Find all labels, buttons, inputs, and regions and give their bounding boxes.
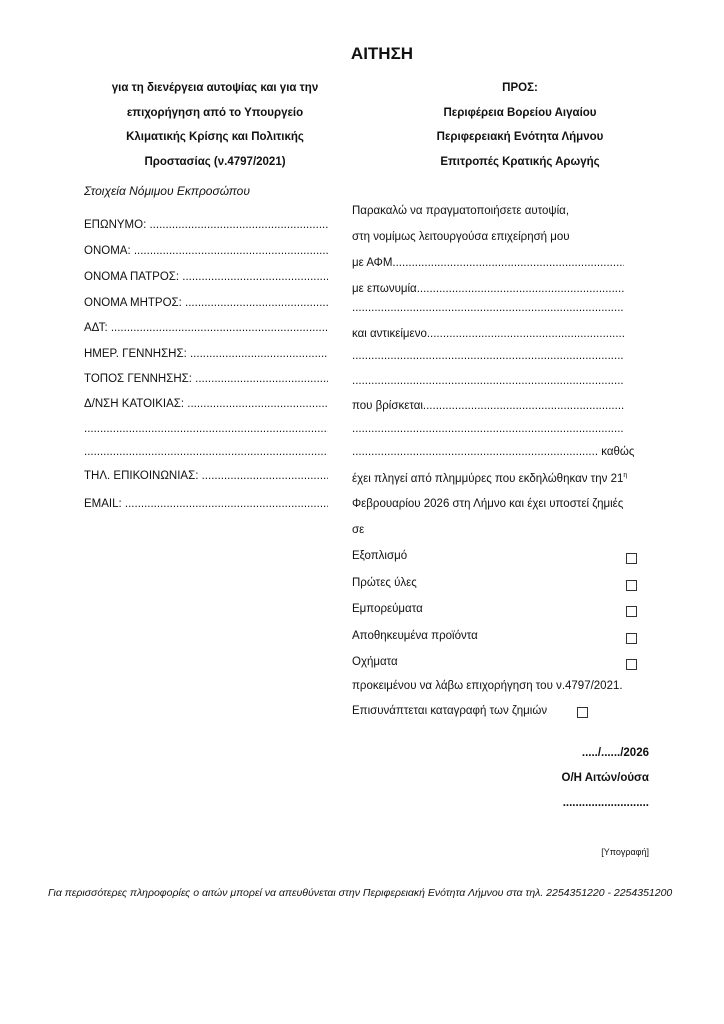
damage-item-checkbox[interactable] xyxy=(626,633,637,644)
dots: ........................................… xyxy=(352,375,624,387)
representative-field[interactable]: Δ/ΝΣΗ ΚΑΤΟΙΚΙΑΣ: .......................… xyxy=(84,398,328,410)
business-name-field[interactable]: με επωνυμία.............................… xyxy=(352,283,624,295)
representative-field[interactable]: ........................................… xyxy=(84,446,328,458)
flood-line-1: έχει πληγεί από πλημμύρες που εκδηλώθηκα… xyxy=(352,472,627,485)
damage-item-label: Πρώτες ύλες xyxy=(352,577,417,589)
location-dots: ........................................… xyxy=(423,400,624,412)
dots: ........................................… xyxy=(352,446,598,458)
representative-field[interactable]: ΤΗΛ. ΕΠΙΚΟΙΝΩΝΙΑΣ: .....................… xyxy=(84,470,328,482)
afm-dots: ........................................… xyxy=(392,257,624,269)
recipient-line: ΠΡΟΣ: xyxy=(360,76,680,101)
field-dots: ........................................… xyxy=(111,322,328,334)
field-label: ΟΝΟΜΑ ΜΗΤΡΟΣ: xyxy=(84,297,182,309)
field-label: EMAIL: xyxy=(84,498,122,510)
location-label: που βρίσκεται xyxy=(352,400,423,412)
business-object-continued-field-2[interactable]: ........................................… xyxy=(352,375,624,387)
field-label: ΑΔΤ: xyxy=(84,322,108,334)
dots: ........................................… xyxy=(352,302,624,314)
representative-field[interactable]: ΑΔΤ: ...................................… xyxy=(84,322,328,334)
title-text: ΑΙΤΗΣΗ xyxy=(351,44,413,64)
dots: ........................................… xyxy=(352,350,624,362)
subject-line: για τη διενέργεια αυτοψίας και για την xyxy=(70,76,360,101)
field-dots: ........................................… xyxy=(190,348,328,360)
afm-field[interactable]: με ΑΦΜ..................................… xyxy=(352,257,624,269)
field-label: ΕΠΩΝΥΜΟ: xyxy=(84,219,146,231)
business-object-field[interactable]: και αντικείμενο.........................… xyxy=(352,328,624,340)
business-object-continued-field[interactable]: ........................................… xyxy=(352,350,624,362)
applicant-label: Ο/Η Αιτών/ούσα xyxy=(562,772,650,784)
subject-header: για τη διενέργεια αυτοψίας και για την ε… xyxy=(70,76,360,174)
signature-date[interactable]: ...../....../2026 xyxy=(582,747,649,759)
subject-line: Κλιματικής Κρίσης και Πολιτικής xyxy=(70,125,360,150)
location-field[interactable]: που βρίσκεται...........................… xyxy=(352,400,624,412)
representative-field[interactable]: EMAIL: .................................… xyxy=(84,498,328,510)
signature-note: [Υπογραφή] xyxy=(601,847,649,857)
business-name-continued-field[interactable]: ........................................… xyxy=(352,302,624,314)
afm-label: με ΑΦΜ xyxy=(352,257,392,269)
field-dots: ........................................… xyxy=(182,271,328,283)
attachment-label: Επισυνάπτεται καταγραφή των ζημιών xyxy=(352,705,547,717)
subject-line: επιχορήγηση από το Υπουργείο xyxy=(70,101,360,126)
request-intro-1: Παρακαλώ να πραγματοποιήσετε αυτοψία, xyxy=(352,205,569,217)
representative-field[interactable]: ........................................… xyxy=(84,423,328,435)
location-continued-field-2[interactable]: ........................................… xyxy=(352,446,652,458)
damage-item-checkbox[interactable] xyxy=(626,606,637,617)
damage-item-checkbox[interactable] xyxy=(626,553,637,564)
damage-item-label: Οχήματα xyxy=(352,656,398,668)
representative-field[interactable]: ΕΠΩΝΥΜΟ: ...............................… xyxy=(84,219,328,231)
page-title: ΑΙΤΗΣΗ xyxy=(0,44,724,64)
location-continued-field[interactable]: ........................................… xyxy=(352,423,624,435)
field-label: ΤΟΠΟΣ ΓΕΝΝΗΣΗΣ: xyxy=(84,373,192,385)
dots: ........................................… xyxy=(352,423,624,435)
field-label: ΤΗΛ. ΕΠΙΚΟΙΝΩΝΙΑΣ: xyxy=(84,470,198,482)
field-dots: ........................................… xyxy=(125,498,328,510)
field-label: ΟΝΟΜΑ ΠΑΤΡΟΣ: xyxy=(84,271,179,283)
field-dots: ........................................… xyxy=(185,297,328,309)
damage-item-label: Εξοπλισμό xyxy=(352,550,407,562)
flood-text-1: έχει πληγεί από πλημμύρες που εκδηλώθηκα… xyxy=(352,473,623,485)
subject-line: Προστασίας (ν.4797/2021) xyxy=(70,150,360,175)
damage-item-label: Αποθηκευμένα προϊόντα xyxy=(352,630,478,642)
business-object-label: και αντικείμενο xyxy=(352,328,427,340)
representative-heading: Στοιχεία Νόμιμου Εκπροσώπου xyxy=(84,184,250,198)
field-dots: ........................................… xyxy=(202,470,328,482)
flood-line-3: σε xyxy=(352,524,364,536)
field-dots: ........................................… xyxy=(187,398,328,410)
business-name-label: με επωνυμία xyxy=(352,283,417,295)
field-dots: ........................................… xyxy=(84,446,328,458)
footer-info: Για περισσότερες πληροφορίες ο αιτών μπο… xyxy=(48,886,688,901)
recipient-line: Επιτροπές Κρατικής Αρωγής xyxy=(360,150,680,175)
field-dots: ........................................… xyxy=(84,423,328,435)
recipient-line: Περιφέρεια Βορείου Αιγαίου xyxy=(360,101,680,126)
field-dots: ........................................… xyxy=(134,245,328,257)
signature-line[interactable]: ........................... xyxy=(563,797,649,809)
damage-item-label: Εμπορεύματα xyxy=(352,603,423,615)
field-label: ΟΝΟΜΑ: xyxy=(84,245,131,257)
flood-line-2: Φεβρουαρίου 2026 στη Λήμνο και έχει υποσ… xyxy=(352,498,623,510)
business-object-dots: ........................................… xyxy=(427,328,624,340)
damage-item-checkbox[interactable] xyxy=(626,580,637,591)
recipient-header: ΠΡΟΣ: Περιφέρεια Βορείου Αιγαίου Περιφερ… xyxy=(360,76,680,174)
field-label: Δ/ΝΣΗ ΚΑΤΟΙΚΙΑΣ: xyxy=(84,398,184,410)
recipient-line: Περιφερειακή Ενότητα Λήμνου xyxy=(360,125,680,150)
purpose-text: προκειμένου να λάβω επιχορήγηση του ν.47… xyxy=(352,680,623,692)
representative-field[interactable]: ΟΝΟΜΑ ΜΗΤΡΟΣ: ..........................… xyxy=(84,297,328,309)
representative-field[interactable]: ΗΜΕΡ. ΓΕΝΝΗΣΗΣ: ........................… xyxy=(84,348,328,360)
business-name-dots: ........................................… xyxy=(417,283,624,295)
field-dots: ........................................… xyxy=(149,219,328,231)
representative-field[interactable]: ΟΝΟΜΑ: .................................… xyxy=(84,245,328,257)
representative-field[interactable]: ΟΝΟΜΑ ΠΑΤΡΟΣ: ..........................… xyxy=(84,271,328,283)
since-word: καθώς xyxy=(601,446,634,458)
attachment-checkbox[interactable] xyxy=(577,707,588,718)
representative-field[interactable]: ΤΟΠΟΣ ΓΕΝΝΗΣΗΣ: ........................… xyxy=(84,373,328,385)
field-label: ΗΜΕΡ. ΓΕΝΝΗΣΗΣ: xyxy=(84,348,187,360)
field-dots: ........................................… xyxy=(195,373,328,385)
damage-item-checkbox[interactable] xyxy=(626,659,637,670)
request-intro-2: στη νομίμως λειτουργούσα επιχείρησή μου xyxy=(352,231,570,243)
ordinal-sup: η xyxy=(623,472,627,479)
